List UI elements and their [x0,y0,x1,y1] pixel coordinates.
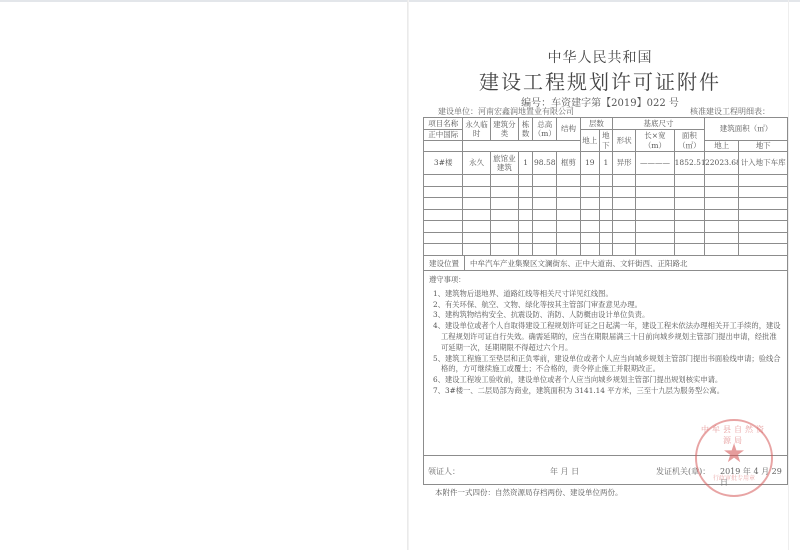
empty-cell [599,232,612,244]
header-building-area: 建筑面积（㎡） [705,118,788,141]
cell-area-above: 22023.68 [705,152,739,175]
empty-cell [739,175,788,187]
star-icon: ★ [697,441,771,467]
note-item: 6、建设工程竣工验收前，建设单位或者个人应当向城乡规划主管部门提出规划核实申请。 [433,375,782,386]
empty-cell [424,232,463,244]
empty-cell [599,209,612,221]
detail-table-label: 核准建设工程明细表： [690,106,770,117]
empty-cell [463,186,490,198]
header-project-name: 项目名称 [424,118,463,130]
empty-cell [463,232,490,244]
empty-cell [674,175,704,187]
empty-cell [463,175,490,187]
empty-cell [705,198,739,210]
empty-cell [739,186,788,198]
empty-cell [705,221,739,233]
note-item: 5、建筑工程施工至垫层和正负零前，建设单位或者个人应当向城乡规划主管部门提出书面… [433,354,782,376]
note-item: 4、建设单位或者个人自取得建设工程规划许可证之日起满一年，建设工程未依法办理相关… [433,321,782,353]
empty-cell [599,186,612,198]
note-item: 1、建筑物后退地界、道路红线等相关尺寸详见红线图。 [433,289,782,300]
header-floors: 层数 [580,118,612,130]
seal-subtext: 行政审批专用章 [697,473,771,482]
empty-cell [599,175,612,187]
empty-cell [533,186,557,198]
empty-cell [636,198,674,210]
empty-cell [613,175,636,187]
cell-floors-below: 1 [599,152,612,175]
empty-rows [424,175,788,256]
empty-cell [490,175,518,187]
empty-cell [424,221,463,233]
empty-cell [519,221,533,233]
empty-cell [739,244,788,256]
empty-cell [557,209,580,221]
empty-cell [490,221,518,233]
empty-cell [533,209,557,221]
header-floors-above: 地上 [580,130,599,152]
table-row [424,232,788,244]
empty-cell [636,232,674,244]
table-row [424,186,788,198]
cell-length-width: ———— [636,152,674,175]
table-row [424,175,788,187]
note-item: 2、有关环保、航空、文物、绿化等按其主管部门审查意见办理。 [433,300,782,311]
empty-cell [557,186,580,198]
empty-cell [580,198,599,210]
empty-cell [705,244,739,256]
country-heading: 中华人民共和国 [420,47,780,67]
header-building-type: 建筑分类 [490,118,518,141]
cell-structure: 框剪 [557,152,580,175]
empty-cell [557,244,580,256]
project-detail-table: 项目名称 永久临时 建筑分类 栋数 总高（m） 结构 层数 基底尺寸 建筑面积（… [423,117,788,256]
empty-cell [557,221,580,233]
project-name-value: 正中国际 [424,130,463,141]
empty-cell [674,244,704,256]
empty-cell [557,232,580,244]
page-right-edge [788,0,789,550]
note-item: 7、3#楼一、二层局部为商业，建筑面积为 3141.14 平方米，三至十九层为服… [433,386,782,397]
empty-cell [636,221,674,233]
location-value: 中牟汽车产业集聚区文澜街东、正中大道南、文轩街西、正阳路北 [465,258,688,269]
empty-cell [557,175,580,187]
page-fold-line [407,0,409,550]
empty-cell [580,221,599,233]
table-row [424,244,788,256]
empty-cell [613,186,636,198]
empty-cell [463,221,490,233]
empty-cell [490,209,518,221]
empty-cell [490,244,518,256]
empty-cell [557,198,580,210]
empty-cell [674,186,704,198]
table-row [424,209,788,221]
empty-cell [674,232,704,244]
empty-cell [490,232,518,244]
empty-cell [519,186,533,198]
empty-cell [705,186,739,198]
empty-cell [533,232,557,244]
empty-cell [519,198,533,210]
empty-cell [739,209,788,221]
empty-cell [519,232,533,244]
location-label: 建设位置 [424,256,465,270]
empty-cell [674,198,704,210]
empty-cell [705,175,739,187]
empty-cell [424,198,463,210]
empty-cell [463,198,490,210]
empty-cell [636,186,674,198]
notes-title: 遵守事项： [429,275,782,286]
recipient-label: 领证人： [428,466,460,477]
empty-cell [490,186,518,198]
empty-cell [613,232,636,244]
cell-name: 3#楼 [424,152,463,175]
empty-cell [599,244,612,256]
header-total-height: 总高（m） [533,118,557,141]
empty-cell [519,244,533,256]
cell-total-height: 98.58 [533,152,557,175]
empty-cell [739,198,788,210]
header-area-above: 地上 [705,141,739,152]
header-length-width: 长×宽（m） [636,130,674,152]
empty-cell [674,221,704,233]
empty-cell [674,209,704,221]
empty-cell [533,244,557,256]
empty-cell [424,244,463,256]
empty-cell [424,186,463,198]
cell-shape: 异形 [613,152,636,175]
header-floors-below: 地下 [599,130,612,152]
empty-cell [580,244,599,256]
empty-cell [599,221,612,233]
empty-cell [599,198,612,210]
empty-cell [424,209,463,221]
header-count: 栋数 [519,118,533,141]
empty-cell [613,221,636,233]
footnote: 本附件一式四份：自然资源局存档两份、建设单位两份。 [435,487,623,498]
empty-cell [613,244,636,256]
empty-cell [533,175,557,187]
empty-cell [613,209,636,221]
header-structure: 结构 [557,118,580,141]
header-permanence: 永久临时 [463,118,490,141]
empty-cell [463,244,490,256]
cell-building-type: 旅馆业建筑 [490,152,518,175]
table-row [424,221,788,233]
empty-cell [705,209,739,221]
cell-count: 1 [519,152,533,175]
empty-cell [424,175,463,187]
empty-cell [613,198,636,210]
header-area-below: 地下 [739,141,788,152]
receive-date: 年 月 日 [550,466,579,477]
header-foundation: 基底尺寸 [613,118,705,130]
page-top-shadow [0,0,800,2]
empty-cell [580,232,599,244]
empty-cell [580,186,599,198]
empty-cell [519,209,533,221]
empty-cell [705,232,739,244]
cell-area: 1852.51 [674,152,704,175]
construction-unit: 建设单位：河南宏鑫润地置业有限公司 [438,106,574,117]
cell-area-below: 计入地下车库 [739,152,788,175]
note-item: 3、建构筑物结构安全、抗震设防、消防、人防概由设计单位负责。 [433,310,782,321]
header-spacer-span [463,141,580,152]
empty-cell [519,175,533,187]
empty-cell [580,175,599,187]
empty-cell [636,175,674,187]
empty-cell [533,221,557,233]
empty-cell [739,221,788,233]
cell-floors-above: 19 [580,152,599,175]
header-spacer [424,141,463,152]
empty-cell [636,209,674,221]
empty-cell [636,244,674,256]
empty-cell [490,198,518,210]
document-title: 建设工程规划许可证附件 [420,66,780,95]
official-seal: 中牟县自然资源局 ★ 行政审批专用章 [695,419,773,497]
empty-cell [533,198,557,210]
header-shape: 形状 [613,130,636,152]
empty-cell [463,209,490,221]
table-row: 3#楼 永久 旅馆业建筑 1 98.58 框剪 19 1 异形 ———— 185… [424,152,788,175]
cell-permanence: 永久 [463,152,490,175]
location-row: 建设位置 中牟汽车产业集聚区文澜街东、正中大道南、文轩街西、正阳路北 [424,255,787,270]
header-area: 面积（㎡） [674,130,704,152]
empty-cell [739,232,788,244]
empty-cell [580,209,599,221]
table-row [424,198,788,210]
